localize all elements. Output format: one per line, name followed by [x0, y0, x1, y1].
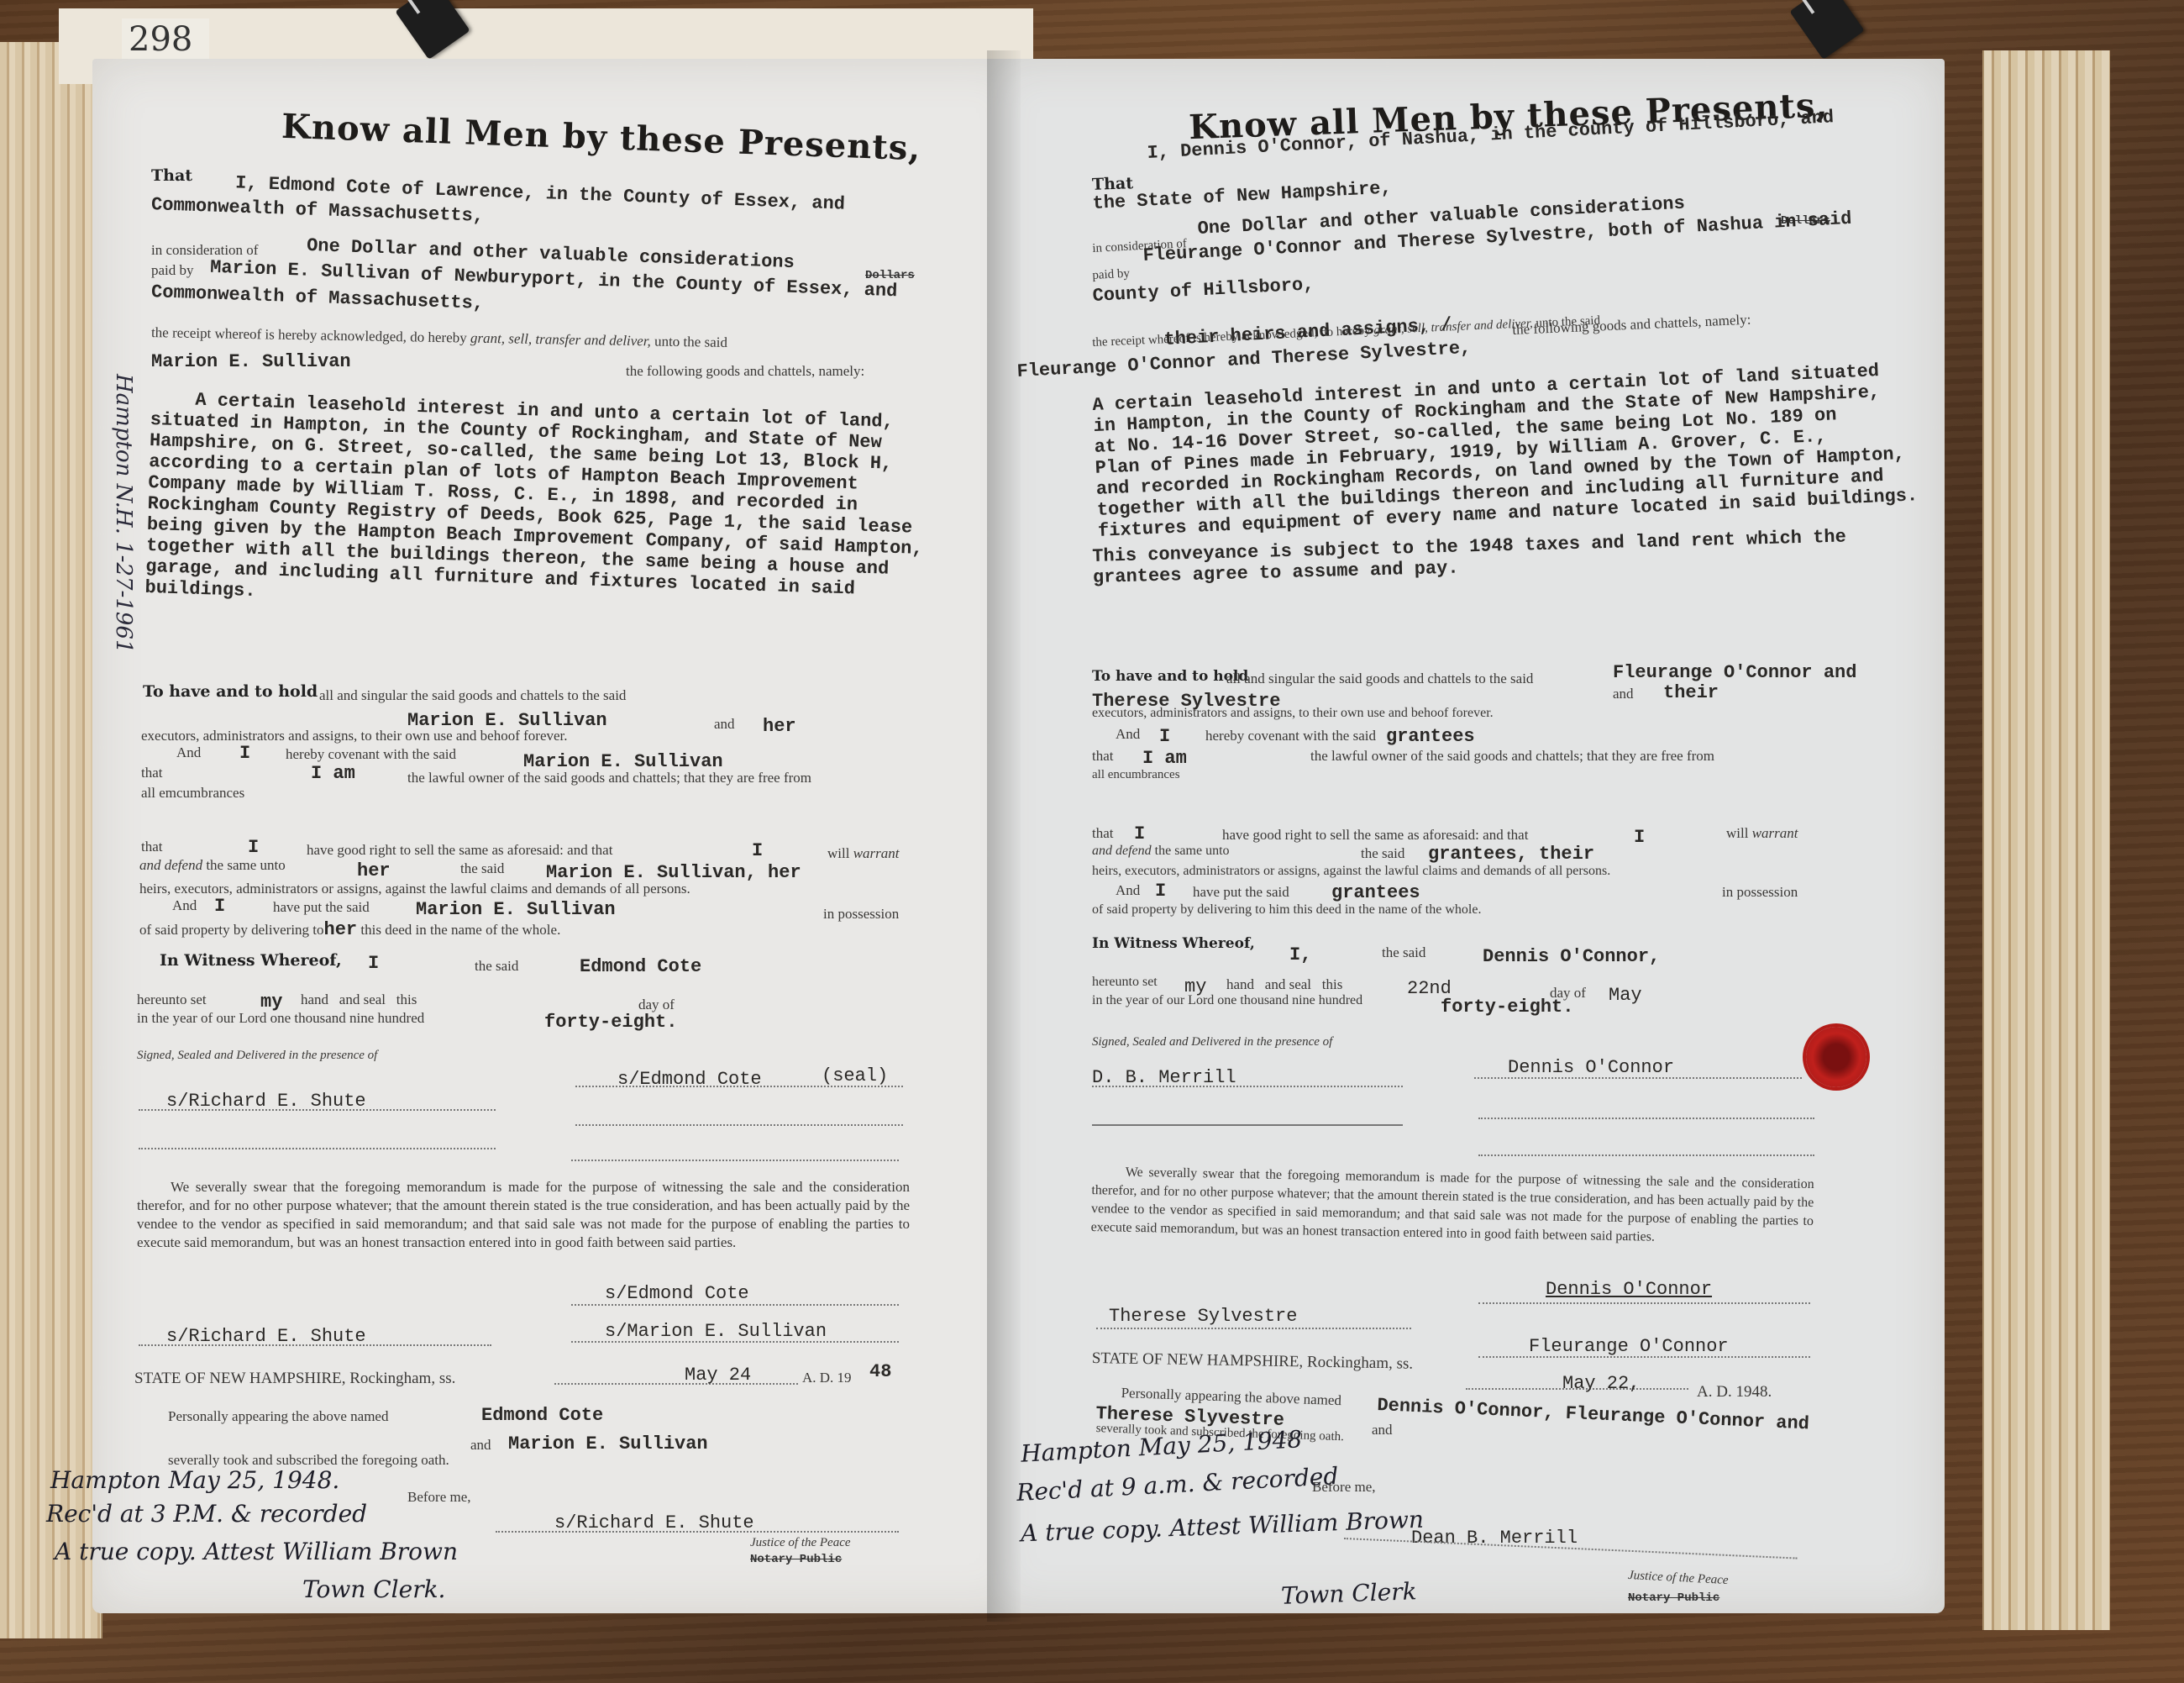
left-delivering: of said property by delivering toher thi… [139, 919, 560, 940]
right-oath-witness-signature: Therese Sylvestre [1109, 1306, 1297, 1327]
right-in-possession: in possession [1722, 884, 1798, 901]
wax-seal-icon [1806, 1027, 1866, 1087]
left-covenant-text: hereby covenant with the said [286, 746, 456, 763]
left-ad-label: A. D. 19 [802, 1370, 852, 1386]
left-witness-label: In Witness Whereof, [160, 951, 342, 970]
right-ack-date: May 22, [1562, 1373, 1640, 1394]
right-same-unto: the same unto [1155, 844, 1230, 858]
right-and-2: And [1116, 882, 1140, 899]
left-oath-signature-2: s/Marion E. Sullivan [605, 1321, 827, 1342]
left-i-3: I [752, 840, 763, 861]
left-before-me: Before me, [407, 1489, 471, 1506]
left-that-label: That [151, 166, 192, 185]
right-that-1: that [1092, 748, 1114, 765]
right-possession-name: grantees [1331, 882, 1420, 903]
left-ad-year: 48 [869, 1361, 891, 1382]
left-witness-i: I [368, 953, 379, 974]
right-and-defend: and defend the same unto [1092, 844, 1230, 859]
left-same-unto: the same unto [206, 857, 285, 873]
left-following-goods: the following goods and chattels, namely… [626, 363, 864, 380]
right-covenant-name: grantees [1386, 726, 1475, 747]
right-good-right: have good right to sell the same as afor… [1222, 827, 1528, 844]
right-will-warrant: will warrant [1726, 825, 1798, 842]
signature-line [575, 1086, 903, 1087]
left-ack-date: May 24 [685, 1365, 751, 1386]
right-oath-signature-2: Fleurange O'Connor [1529, 1336, 1729, 1357]
left-habendum-pronoun: her [763, 716, 796, 737]
right-i-2: I [1134, 823, 1145, 844]
left-i-4: I [214, 896, 225, 917]
right-ad-label: A. D. 1948. [1697, 1383, 1772, 1402]
right-appearing-and: and [1372, 1422, 1393, 1438]
left-year-text: in the year of our Lord one thousand nin… [137, 1010, 424, 1027]
left-good-right: have good right to sell the same as afor… [307, 842, 612, 859]
signature-line [496, 1531, 899, 1533]
right-oath-signature-1: Dennis O'Connor [1546, 1279, 1712, 1300]
left-habendum-label: To have and to hold [143, 682, 318, 701]
left-that-2: that [141, 839, 163, 855]
left-margin-handwritten-note: Hampton N.H. 1-27-1961 [111, 374, 136, 654]
left-grant-words: grant, sell, transfer and deliver, [470, 330, 651, 350]
left-habendum-text: all and singular the said goods and chat… [319, 687, 626, 704]
signature-line [1474, 1077, 1802, 1079]
date-line [554, 1383, 798, 1385]
left-and-defend: and defend the same unto [139, 857, 286, 874]
left-in-possession: in possession [823, 906, 899, 923]
left-unto-said: unto the said [654, 333, 727, 350]
left-description: A certain leasehold interest in and unto… [144, 388, 927, 623]
right-executors-text: executors, administrators and assigns, t… [1092, 706, 1494, 721]
left-lawful-owner: the lawful owner of the said goods and c… [407, 770, 811, 786]
left-consideration-label: in consideration of [151, 242, 258, 259]
right-the-said: the said [1361, 845, 1404, 862]
right-covenant-text: hereby covenant with the said [1205, 728, 1376, 744]
signature-line [1478, 1302, 1810, 1304]
left-hand-seal: hand and seal this [301, 991, 417, 1008]
signature-line [1478, 1154, 1814, 1156]
book-page-edges-right [1982, 50, 2110, 1630]
signature-line [571, 1341, 899, 1343]
right-signed-sealed: Signed, Sealed and Delivered in the pres… [1092, 1035, 1332, 1049]
left-recording-note-line-2: Rec'd at 3 P.M. & recorded [46, 1500, 367, 1528]
signature-line [1096, 1328, 1411, 1329]
left-personally-appearing: Personally appearing the above named [168, 1408, 388, 1425]
left-executors-text: executors, administrators and assigns, t… [141, 728, 568, 744]
right-month-value: May [1609, 985, 1642, 1006]
left-seal-label: (seal) [822, 1065, 888, 1086]
right-habendum-name-1: Fleurange O'Connor and [1613, 662, 1856, 683]
left-signed-sealed: Signed, Sealed and Delivered in the pres… [137, 1049, 377, 1063]
left-will: will [827, 845, 849, 861]
signature-line [571, 1160, 899, 1161]
left-hereunto-set: hereunto set [137, 991, 207, 1008]
binder-clip-right-icon [1789, 0, 1864, 60]
signature-line [571, 1304, 899, 1306]
right-witness-label: In Witness Whereof, [1092, 935, 1255, 952]
right-encumbrances: all encumbrances [1092, 768, 1180, 782]
right-habendum-and: and [1613, 686, 1634, 702]
left-i-1: I [239, 743, 250, 764]
left-defend-pronoun: her [357, 860, 391, 881]
left-jp-struck: Notary Public [750, 1553, 842, 1566]
right-heirs-text: heirs, executors, administrators or assi… [1092, 864, 1610, 879]
right-recording-note-line-4: Town Clerk [1280, 1577, 1417, 1610]
left-and-defend-italic: and defend [139, 857, 202, 873]
right-witness-said: the said [1382, 944, 1425, 961]
right-and-defend-italic: and defend [1092, 844, 1152, 858]
signature-line [1478, 1118, 1814, 1119]
left-warrant: warrant [853, 845, 900, 861]
right-will: will [1726, 825, 1748, 841]
right-habendum-pronoun: their [1663, 682, 1719, 703]
left-witness-name: Edmond Cote [580, 956, 701, 977]
left-and-2: And [172, 897, 197, 914]
right-witness-i: I, [1289, 944, 1311, 965]
right-oath-text: We severally swear that the foregoing me… [1090, 1163, 1814, 1249]
signature-line [1092, 1086, 1403, 1087]
book-page-edges-left [0, 42, 102, 1638]
left-appearing-name-1: Edmond Cote [481, 1405, 603, 1426]
left-i-am: I am [311, 763, 355, 784]
right-habendum-label: To have and to hold [1092, 668, 1248, 685]
right-signer-signature: Dennis O'Connor [1508, 1057, 1674, 1078]
left-heirs-text: heirs, executors, administrators or assi… [139, 881, 690, 897]
left-day-of: day of [638, 997, 675, 1013]
right-put-said: have put the said [1193, 884, 1289, 901]
left-that-1: that [141, 765, 163, 781]
left-oath-text: We severally swear that the foregoing me… [137, 1178, 910, 1252]
left-paid-by-label: paid by [151, 262, 194, 279]
left-delivering-2: this deed in the name of the whole. [360, 922, 560, 938]
left-put-said: have put the said [273, 899, 370, 916]
right-i-am: I am [1142, 748, 1187, 769]
left-recording-note-line-3: A true copy. Attest William Brown [55, 1538, 458, 1565]
book-gutter [987, 50, 1021, 1622]
left-state-line: STATE OF NEW HAMPSHIRE, Rockingham, ss. [134, 1370, 455, 1388]
left-the-said: the said [460, 860, 504, 877]
right-jp-struck: Notary Public [1628, 1591, 1719, 1605]
left-possession-name: Marion E. Sullivan [416, 899, 616, 920]
right-habendum-text: all and singular the said goods and chat… [1226, 671, 1533, 687]
left-will-warrant: will warrant [827, 845, 900, 862]
right-i-4: I [1155, 881, 1166, 902]
right-i-1: I [1159, 726, 1170, 747]
right-and-1: And [1116, 726, 1140, 743]
left-encumbrances: all emcumbrances [141, 785, 244, 802]
right-paid-by-label: paid by [1092, 267, 1130, 283]
left-jp-title: Justice of the Peace [750, 1536, 851, 1550]
signature-line [139, 1344, 491, 1346]
right-defend-name: grantees, their [1428, 844, 1594, 865]
signature-line [575, 1124, 903, 1126]
left-year-value: forty-eight. [544, 1012, 677, 1033]
left-oath-signature-1: s/Edmond Cote [605, 1283, 749, 1304]
left-appearing-and: and [470, 1437, 491, 1454]
right-year-value: forty-eight. [1441, 997, 1573, 1018]
left-and-1: And [176, 744, 201, 761]
signature-line [1478, 1356, 1810, 1358]
right-hand-seal: hand and seal this [1226, 976, 1342, 993]
left-appearing-name-2: Marion E. Sullivan [508, 1433, 708, 1454]
left-witness-said: the said [475, 958, 518, 975]
right-lawful-owner: the lawful owner of the said goods and c… [1310, 748, 1714, 765]
left-delivering-1: of said property by delivering to [139, 922, 324, 938]
left-recording-note-line-1: Hampton May 25, 1948. [50, 1466, 339, 1494]
right-year-text: in the year of our Lord one thousand nin… [1092, 993, 1362, 1008]
signature-line [1092, 1124, 1403, 1126]
left-habendum-and: and [714, 716, 735, 733]
left-grantee-name: Marion E. Sullivan [151, 351, 351, 372]
page-number: 298 [122, 18, 209, 62]
right-that-2: that [1092, 825, 1114, 842]
right-hereunto-set: hereunto set [1092, 975, 1158, 990]
left-recording-note-line-4: Town Clerk. [302, 1575, 445, 1603]
left-i-2: I [248, 837, 259, 858]
right-witness-name: Dennis O'Connor, [1483, 946, 1660, 967]
left-delivering-pronoun: her [324, 919, 358, 940]
right-i-3: I [1634, 827, 1645, 848]
signature-line [139, 1109, 496, 1111]
right-delivering-text: of said property by delivering to him th… [1092, 902, 1481, 918]
signature-line [139, 1148, 496, 1149]
right-warrant: warrant [1752, 825, 1798, 841]
